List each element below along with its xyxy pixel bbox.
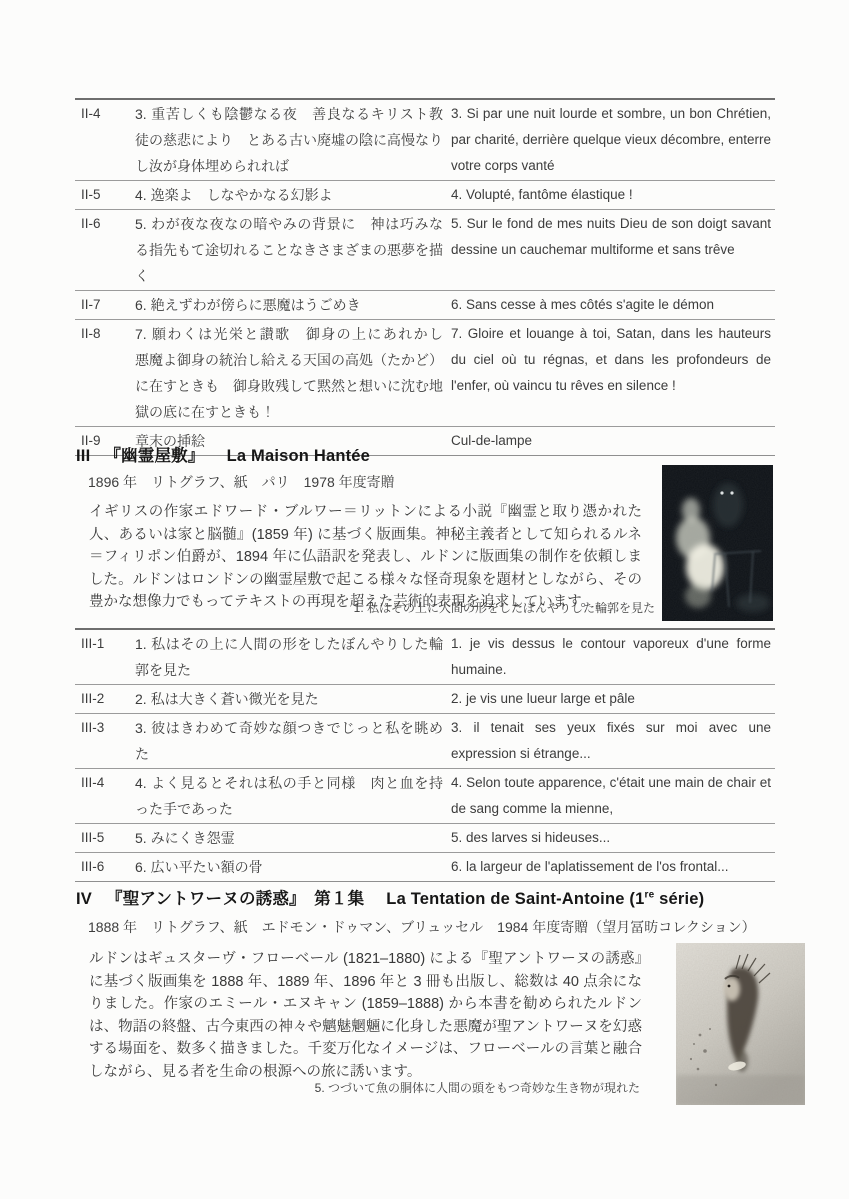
title-japanese: 6. 広い平たい額の骨 [135,853,451,881]
title-japanese: 7. 願わくは光栄と讃歌 御身の上にあれかし 悪魔よ御身の統治し給える天国の高処… [135,320,451,426]
title-french: 4. Selon toute apparence, c'était une ma… [451,769,775,823]
section-4-description: ルドンはギュスターヴ・フローベール (1821–1880) による『聖アントワー… [89,948,642,1084]
title-french: 4. Volupté, fantôme élastique ! [451,181,775,209]
section-title-japanese: 『聖アントワーヌの誘惑』 第１集 [106,890,364,908]
section-4-details: 1888 年 リトグラフ、紙 エドモン・ドゥマン、ブリュッセル 1984 年度寄… [88,917,756,937]
table-row: III-3 3. 彼はきわめて奇妙な顔つきでじっと私を眺めた 3. il ten… [75,713,775,768]
section-title-french: La Tentation de Saint-Antoine (1re série… [386,890,704,908]
row-number: II-7 [75,291,135,319]
row-number: II-4 [75,100,135,180]
section-3-description: イギリスの作家エドワード・ブルワー＝リットンによる小説『幽霊と取り憑かれた人、あ… [89,501,642,614]
title-french: 6. Sans cesse à mes côtés s'agite le dém… [451,291,775,319]
catalog-table-section-3: III-1 1. 私はその上に人間の形をしたぼんやりした輪郭を見た 1. je … [75,628,775,882]
section-title-french: La Maison Hantée [227,447,370,465]
title-french: Cul-de-lampe [451,427,775,455]
title-french: 3. il tenait ses yeux fixés sur moi avec… [451,714,775,768]
title-japanese: 4. よく見るとそれは私の手と同様 肉と血を持った手であった [135,769,451,823]
title-french: 7. Gloire et louange à toi, Satan, dans … [451,320,775,426]
title-japanese: 1. 私はその上に人間の形をしたぼんやりした輪郭を見た [135,630,451,684]
artwork-image-saint-antoine [676,943,805,1105]
title-french: 1. je vis dessus le contour vaporeux d'u… [451,630,775,684]
title-french: 3. Si par une nuit lourde et sombre, un … [451,100,775,180]
title-japanese: 3. 彼はきわめて奇妙な顔つきでじっと私を眺めた [135,714,451,768]
table-row: III-5 5. みにくき怨霊 5. des larves si hideuse… [75,823,775,852]
table-row: II-7 6. 絶えずわが傍らに悪魔はうごめき 6. Sans cesse à … [75,290,775,319]
section-title-japanese: 『幽霊屋敷』 [104,447,204,465]
table-row: III-6 6. 広い平たい額の骨 6. la largeur de l'apl… [75,852,775,881]
table-row: II-5 4. 逸楽よ しなやかなる幻影よ 4. Volupté, fantôm… [75,180,775,209]
row-number: II-8 [75,320,135,426]
title-french: 5. des larves si hideuses... [451,824,775,852]
title-japanese: 5. みにくき怨霊 [135,824,451,852]
section-3-heading: III『幽霊屋敷』La Maison Hantée [76,442,370,466]
table-row: II-4 3. 重苦しくも陰鬱なる夜 善良なるキリスト教徒の慈悲により とある古… [75,100,775,180]
row-number: III-2 [75,685,135,713]
section-number: III [76,447,90,465]
title-japanese: 5. わが夜な夜なの暗やみの背景に 神は巧みなる指先もて途切れることなきさまざま… [135,210,451,290]
section-3-details: 1896 年 リトグラフ、紙 パリ 1978 年度寄贈 [88,472,395,492]
table-row: III-2 2. 私は大きく蒼い微光を見た 2. je vis une lueu… [75,684,775,713]
table-row: II-8 7. 願わくは光栄と讃歌 御身の上にあれかし 悪魔よ御身の統治し給える… [75,319,775,426]
document-page: II-4 3. 重苦しくも陰鬱なる夜 善良なるキリスト教徒の慈悲により とある古… [0,0,849,1199]
title-french: 2. je vis une lueur large et pâle [451,685,775,713]
title-japanese: 2. 私は大きく蒼い微光を見た [135,685,451,713]
row-number: II-6 [75,210,135,290]
row-number: III-1 [75,630,135,684]
section-number: IV [76,890,92,908]
title-japanese: 4. 逸楽よ しなやかなる幻影よ [135,181,451,209]
title-french: 5. Sur le fond de mes nuits Dieu de son … [451,210,775,290]
table-row: III-1 1. 私はその上に人間の形をしたぼんやりした輪郭を見た 1. je … [75,630,775,684]
artwork-caption-maison-hantee: 1. 私はその上に人間の形をしたぼんやりした輪郭を見た [75,599,655,616]
row-number: III-4 [75,769,135,823]
row-number: II-5 [75,181,135,209]
title-japanese: 3. 重苦しくも陰鬱なる夜 善良なるキリスト教徒の慈悲により とある古い廃墟の陰… [135,100,451,180]
artwork-caption-saint-antoine: 5. つづいて魚の胴体に人間の頭をもつ奇妙な生き物が現れた [75,1079,640,1096]
row-number: III-3 [75,714,135,768]
catalog-table-section-2: II-4 3. 重苦しくも陰鬱なる夜 善良なるキリスト教徒の慈悲により とある古… [75,98,775,456]
table-row: III-4 4. よく見るとそれは私の手と同様 肉と血を持った手であった 4. … [75,768,775,823]
row-number: III-5 [75,824,135,852]
row-number: III-6 [75,853,135,881]
artwork-image-maison-hantee [662,465,773,621]
title-french: 6. la largeur de l'aplatissement de l'os… [451,853,775,881]
table-row: II-6 5. わが夜な夜なの暗やみの背景に 神は巧みなる指先もて途切れることな… [75,209,775,290]
section-4-heading: IV『聖アントワーヌの誘惑』 第１集La Tentation de Saint-… [76,885,704,909]
title-japanese: 6. 絶えずわが傍らに悪魔はうごめき [135,291,451,319]
